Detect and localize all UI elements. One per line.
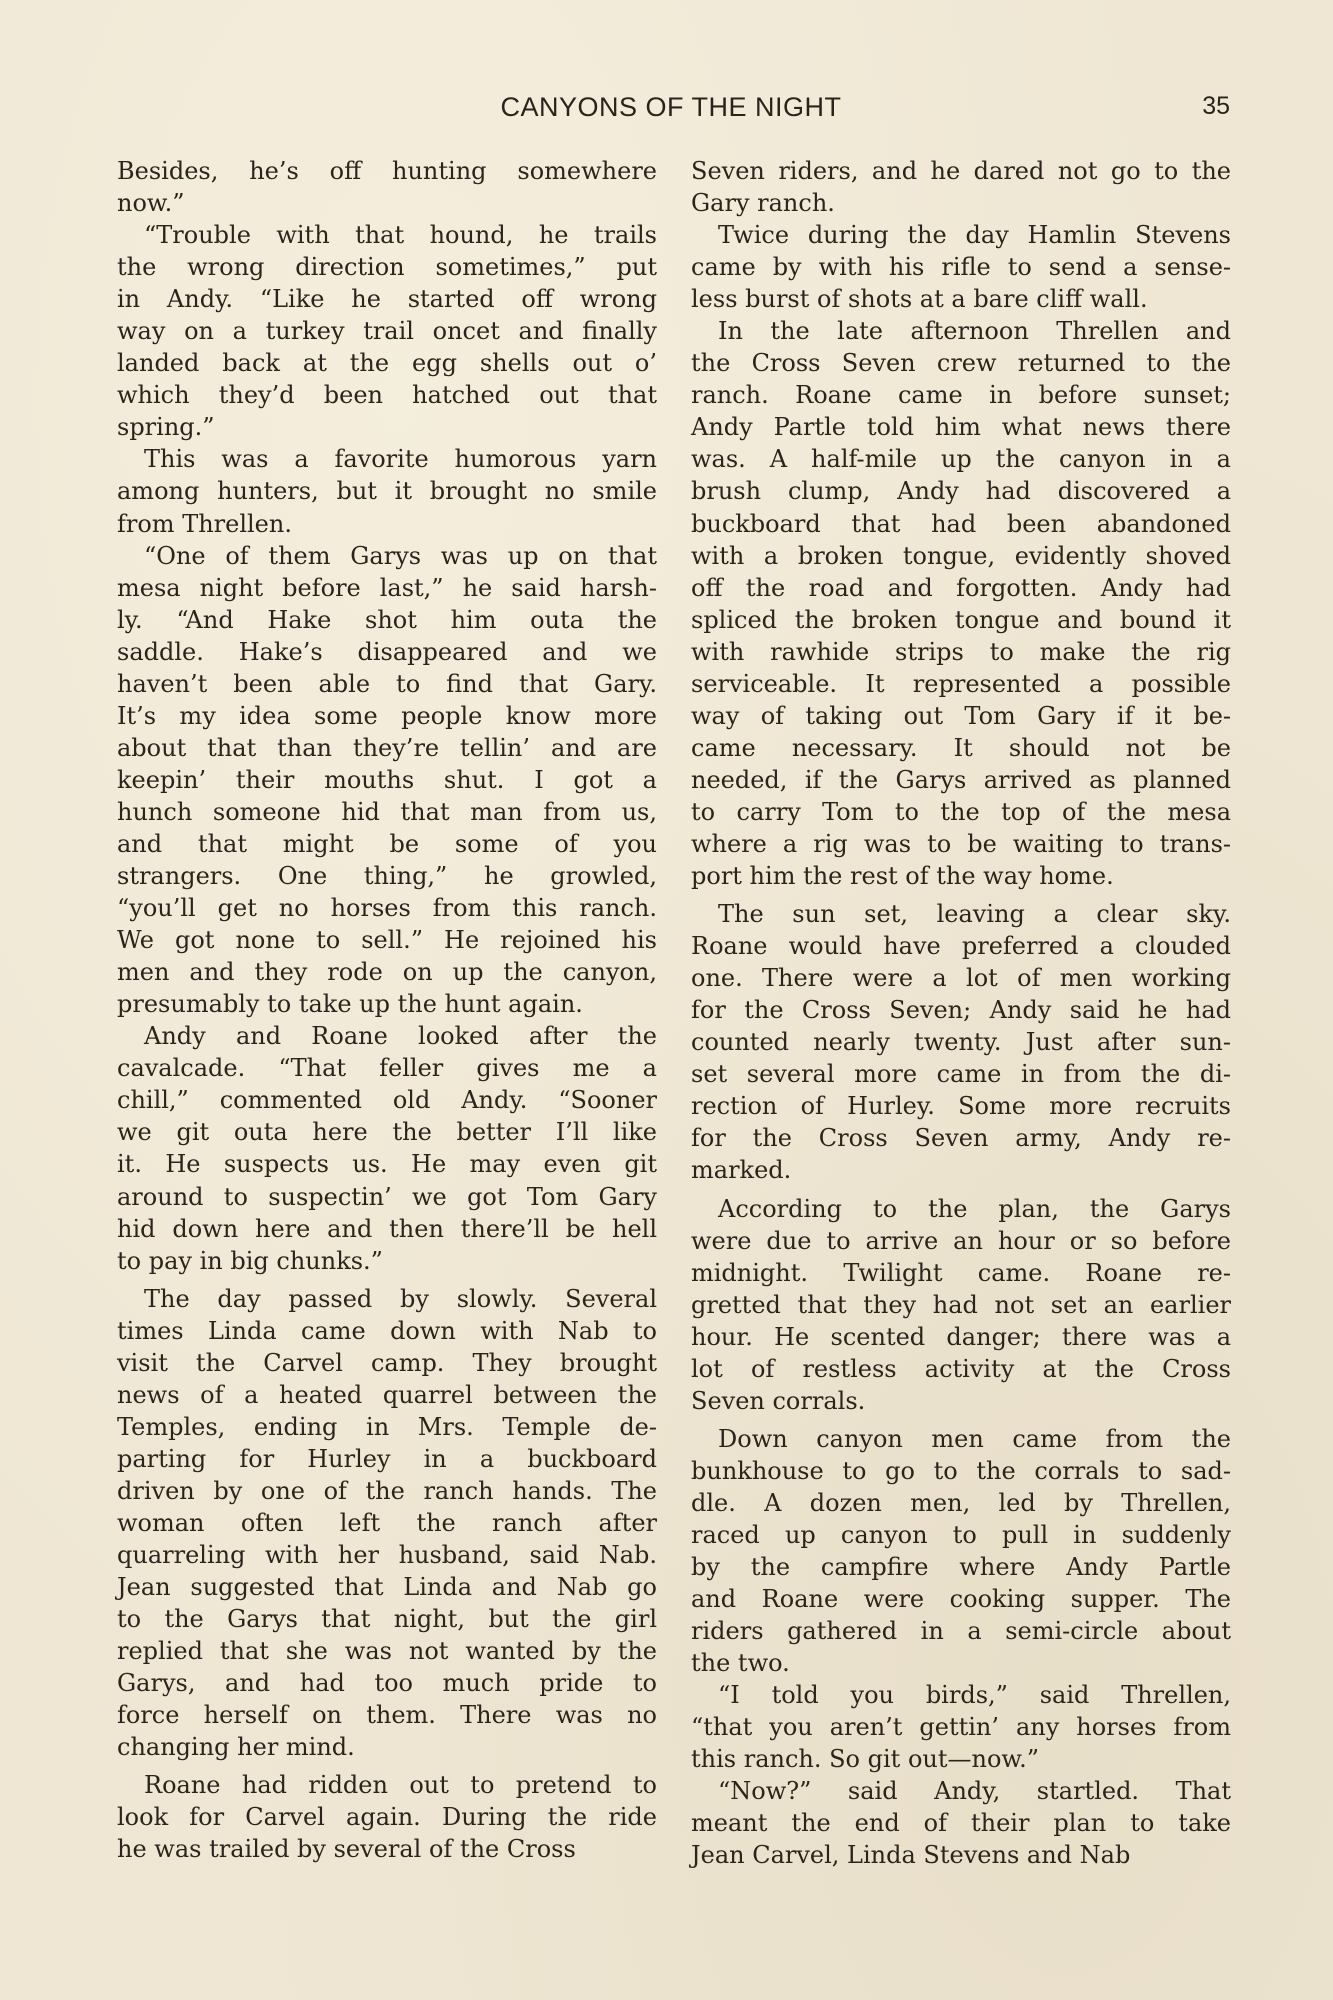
- text-line: where a rig was to be waiting to trans-: [691, 828, 1231, 860]
- text-line: landed back at the egg shells out o’: [117, 347, 657, 379]
- text-line: came necessary. It should not be: [691, 732, 1231, 764]
- text-line: strangers. One thing,” he growled,: [117, 860, 657, 892]
- right-column: Seven riders, and he dared not go to the…: [691, 155, 1231, 1871]
- text-line: It’s my idea some people know more: [117, 700, 657, 732]
- text-line: and Roane were cooking supper. The: [691, 1583, 1231, 1615]
- text-line: Roane would have preferred a clouded: [691, 930, 1231, 962]
- text-line: quarreling with her husband, said Nab.: [117, 1539, 657, 1571]
- text-line: “that you aren’t gettin’ any horses from: [691, 1711, 1231, 1743]
- text-line: news of a heated quarrel between the: [117, 1379, 657, 1411]
- text-line: it. He suspects us. He may even git: [117, 1148, 657, 1180]
- text-line: Andy Partle told him what news there: [691, 411, 1231, 443]
- text-line: among hunters, but it brought no smile: [117, 475, 657, 507]
- text-line: “Trouble with that hound, he trails: [117, 219, 657, 251]
- text-line: serviceable. It represented a possible: [691, 668, 1231, 700]
- text-line: Roane had ridden out to pretend to: [117, 1769, 657, 1801]
- paragraph: This was a favorite humorous yarnamong h…: [117, 443, 657, 539]
- text-line: “One of them Garys was up on that: [117, 540, 657, 572]
- text-line: set several more came in from the di-: [691, 1058, 1231, 1090]
- text-line: spliced the broken tongue and bound it: [691, 604, 1231, 636]
- text-line: “I told you birds,” said Threllen,: [691, 1679, 1231, 1711]
- text-line: “you’ll get no horses from this ranch.: [117, 892, 657, 924]
- text-line: counted nearly twenty. Just after sun-: [691, 1026, 1231, 1058]
- text-line: visit the Carvel camp. They brought: [117, 1347, 657, 1379]
- text-line: hid down here and then there’ll be hell: [117, 1213, 657, 1245]
- text-line: needed, if the Garys arrived as planned: [691, 764, 1231, 796]
- paragraph: The sun set, leaving a clear sky.Roane w…: [691, 898, 1231, 1186]
- left-column: Besides, he’s off hunting somewherenow.”…: [117, 155, 657, 1865]
- text-line: with a broken tongue, evidently shoved: [691, 540, 1231, 572]
- text-line: chill,” commented old Andy. “Sooner: [117, 1084, 657, 1116]
- text-line: gretted that they had not set an earlier: [691, 1289, 1231, 1321]
- text-line: about that than they’re tellin’ and are: [117, 732, 657, 764]
- text-line: haven’t been able to find that Gary.: [117, 668, 657, 700]
- text-line: Temples, ending in Mrs. Temple de-: [117, 1411, 657, 1443]
- text-line: was. A half-mile up the canyon in a: [691, 443, 1231, 475]
- text-line: hunch someone hid that man from us,: [117, 796, 657, 828]
- text-line: Gary ranch.: [691, 187, 1231, 219]
- text-line: The day passed by slowly. Several: [117, 1283, 657, 1315]
- text-line: for the Cross Seven army, Andy re-: [691, 1122, 1231, 1154]
- text-line: one. There were a lot of men working: [691, 962, 1231, 994]
- text-line: cavalcade. “That feller gives me a: [117, 1052, 657, 1084]
- text-line: and that might be some of you: [117, 828, 657, 860]
- paragraph: Roane had ridden out to pretend tolook f…: [117, 1769, 657, 1865]
- text-line: dle. A dozen men, led by Threllen,: [691, 1487, 1231, 1519]
- text-line: presumably to take up the hunt again.: [117, 988, 657, 1020]
- text-line: “Now?” said Andy, startled. That: [691, 1775, 1231, 1807]
- paragraph: In the late afternoon Threllen andthe Cr…: [691, 315, 1231, 892]
- text-line: raced up canyon to pull in suddenly: [691, 1519, 1231, 1551]
- text-line: This was a favorite humorous yarn: [117, 443, 657, 475]
- text-line: mesa night before last,” he said harsh-: [117, 572, 657, 604]
- text-line: to pay in big chunks.”: [117, 1245, 657, 1277]
- paragraph: Andy and Roane looked after thecavalcade…: [117, 1020, 657, 1276]
- text-line: force herself on them. There was no: [117, 1699, 657, 1731]
- running-title: CANYONS OF THE NIGHT: [112, 92, 1230, 123]
- text-line: bunkhouse to go to the corrals to sad-: [691, 1455, 1231, 1487]
- text-line: Seven riders, and he dared not go to the: [691, 155, 1231, 187]
- text-line: he was trailed by several of the Cross: [117, 1833, 657, 1865]
- text-line: around to suspectin’ we got Tom Gary: [117, 1181, 657, 1213]
- text-line: were due to arrive an hour or so before: [691, 1225, 1231, 1257]
- text-line: came by with his rifle to send a sense-: [691, 251, 1231, 283]
- page-number: 35: [1202, 92, 1230, 121]
- paragraph: Twice during the day Hamlin Stevenscame …: [691, 219, 1231, 315]
- text-line: Besides, he’s off hunting somewhere: [117, 155, 657, 187]
- paragraph: The day passed by slowly. Severaltimes L…: [117, 1283, 657, 1764]
- text-line: spring.”: [117, 411, 657, 443]
- text-line: now.”: [117, 187, 657, 219]
- text-line: lot of restless activity at the Cross: [691, 1353, 1231, 1385]
- text-line: woman often left the ranch after: [117, 1507, 657, 1539]
- text-line: meant the end of their plan to take: [691, 1807, 1231, 1839]
- text-line: marked.: [691, 1154, 1231, 1186]
- paragraph: “One of them Garys was up on thatmesa ni…: [117, 540, 657, 1021]
- text-line: this ranch. So git out—now.”: [691, 1743, 1231, 1775]
- text-line: which they’d been hatched out that: [117, 379, 657, 411]
- text-line: ly. “And Hake shot him outa the: [117, 604, 657, 636]
- text-line: to carry Tom to the top of the mesa: [691, 796, 1231, 828]
- text-line: with rawhide strips to make the rig: [691, 636, 1231, 668]
- text-line: Twice during the day Hamlin Stevens: [691, 219, 1231, 251]
- text-line: in Andy. “Like he started off wrong: [117, 283, 657, 315]
- text-line: we git outa here the better I’ll like: [117, 1116, 657, 1148]
- paragraph: Besides, he’s off hunting somewherenow.”: [117, 155, 657, 219]
- text-line: saddle. Hake’s disappeared and we: [117, 636, 657, 668]
- text-line: less burst of shots at a bare cliff wall…: [691, 283, 1231, 315]
- text-line: Seven corrals.: [691, 1385, 1231, 1417]
- text-line: The sun set, leaving a clear sky.: [691, 898, 1231, 930]
- text-line: buckboard that had been abandoned: [691, 508, 1231, 540]
- paragraph: “I told you birds,” said Threllen,“that …: [691, 1679, 1231, 1775]
- text-line: parting for Hurley in a buckboard: [117, 1443, 657, 1475]
- text-line: port him the rest of the way home.: [691, 860, 1231, 892]
- text-line: According to the plan, the Garys: [691, 1193, 1231, 1225]
- text-line: men and they rode on up the canyon,: [117, 956, 657, 988]
- text-line: riders gathered in a semi-circle about: [691, 1615, 1231, 1647]
- text-line: Andy and Roane looked after the: [117, 1020, 657, 1052]
- text-line: We got none to sell.” He rejoined his: [117, 924, 657, 956]
- text-line: Jean Carvel, Linda Stevens and Nab: [691, 1839, 1231, 1871]
- text-line: way of taking out Tom Gary if it be-: [691, 700, 1231, 732]
- text-line: changing her mind.: [117, 1731, 657, 1763]
- text-line: In the late afternoon Threllen and: [691, 315, 1231, 347]
- text-line: Jean suggested that Linda and Nab go: [117, 1571, 657, 1603]
- text-line: midnight. Twilight came. Roane re-: [691, 1257, 1231, 1289]
- text-line: from Threllen.: [117, 508, 657, 540]
- text-line: ranch. Roane came in before sunset;: [691, 379, 1231, 411]
- text-line: driven by one of the ranch hands. The: [117, 1475, 657, 1507]
- text-line: the two.: [691, 1647, 1231, 1679]
- paragraph: “Trouble with that hound, he trailsthe w…: [117, 219, 657, 443]
- running-head: CANYONS OF THE NIGHT 35: [112, 92, 1230, 132]
- text-line: the Cross Seven crew returned to the: [691, 347, 1231, 379]
- paragraph: Down canyon men came from thebunkhouse t…: [691, 1423, 1231, 1679]
- text-line: way on a turkey trail oncet and finally: [117, 315, 657, 347]
- text-line: brush clump, Andy had discovered a: [691, 475, 1231, 507]
- text-line: the wrong direction sometimes,” put: [117, 251, 657, 283]
- text-line: by the campfire where Andy Partle: [691, 1551, 1231, 1583]
- text-line: keepin’ their mouths shut. I got a: [117, 764, 657, 796]
- text-line: to the Garys that night, but the girl: [117, 1603, 657, 1635]
- text-line: rection of Hurley. Some more recruits: [691, 1090, 1231, 1122]
- text-line: hour. He scented danger; there was a: [691, 1321, 1231, 1353]
- text-line: look for Carvel again. During the ride: [117, 1801, 657, 1833]
- paragraph: Seven riders, and he dared not go to the…: [691, 155, 1231, 219]
- text-line: Down canyon men came from the: [691, 1423, 1231, 1455]
- text-line: for the Cross Seven; Andy said he had: [691, 994, 1231, 1026]
- text-line: off the road and forgotten. Andy had: [691, 572, 1231, 604]
- text-line: times Linda came down with Nab to: [117, 1315, 657, 1347]
- text-line: Garys, and had too much pride to: [117, 1667, 657, 1699]
- paragraph: “Now?” said Andy, startled. Thatmeant th…: [691, 1775, 1231, 1871]
- text-line: replied that she was not wanted by the: [117, 1635, 657, 1667]
- paragraph: According to the plan, the Garyswere due…: [691, 1193, 1231, 1417]
